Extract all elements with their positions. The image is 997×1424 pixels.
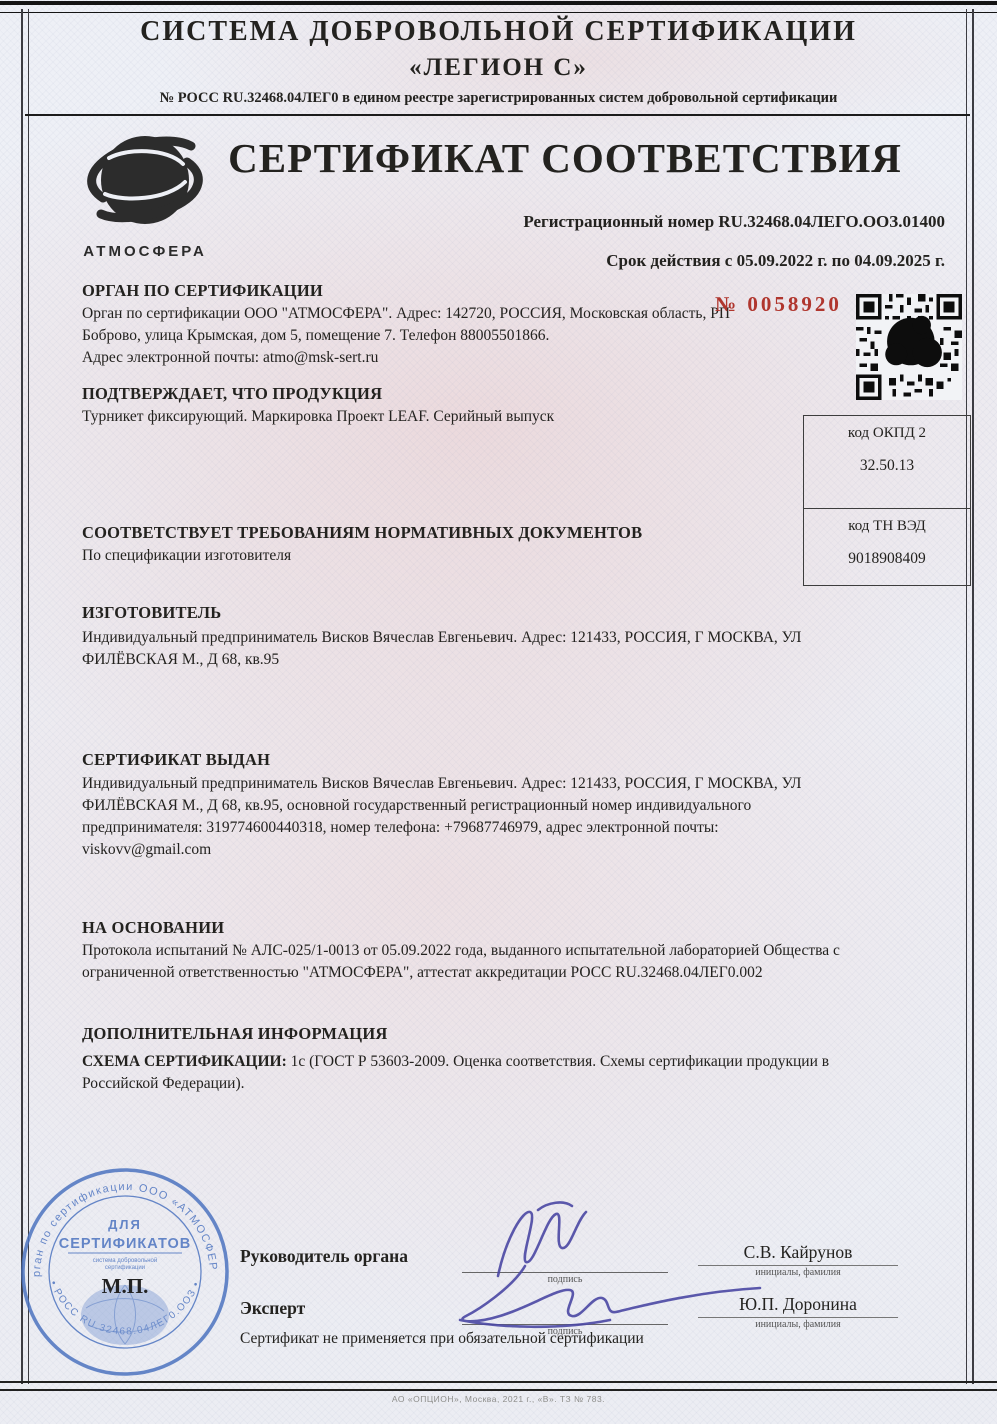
compliance-heading: СООТВЕТСТВУЕТ ТРЕБОВАНИЯМ НОРМАТИВНЫХ ДО… (82, 523, 802, 543)
additional-info-text: СХЕМА СЕРТИФИКАЦИИ: 1с (ГОСТ Р 53603-200… (82, 1051, 852, 1095)
head-name-cell: С.В. Кайрунов инициалы, фамилия (698, 1242, 898, 1278)
product-text: Турникет фиксирующий. Маркировка Проект … (82, 406, 802, 428)
stamp-line1: ДЛЯ (108, 1217, 142, 1232)
okpd-cell: код ОКПД 2 32.50.13 (804, 416, 970, 508)
system-name: «ЛЕГИОН С» (0, 54, 997, 82)
head-name-caption: инициалы, фамилия (698, 1267, 898, 1278)
basis-text: Протокола испытаний № АЛС-025/1-0013 от … (82, 940, 867, 984)
tnved-label: код ТН ВЭД (804, 509, 970, 535)
frame-top-rule (0, 1, 997, 13)
stamp-line2: СЕРТИФИКАТОВ (59, 1236, 192, 1252)
validity-period: Срок действия с 05.09.2022 г. по 04.09.2… (606, 251, 945, 271)
registry-line: № РОСС RU.32468.04ЛЕГ0 в едином реестре … (0, 90, 997, 107)
issued-to-heading: СЕРТИФИКАТ ВЫДАН (82, 750, 270, 770)
printer-imprint: АО «ОПЦИОН», Москва, 2021 г., «В». ТЗ № … (0, 1394, 997, 1404)
expert-signature-line (462, 1296, 668, 1325)
header-divider (25, 114, 970, 116)
product-heading: ПОДТВЕРЖДАЕТ, ЧТО ПРОДУКЦИЯ (82, 384, 382, 404)
issued-to-text: Индивидуальный предприниматель Висков Вя… (82, 773, 827, 861)
round-stamp: Орган по сертификации ООО «АТМОСФЕРА» • … (16, 1163, 234, 1381)
system-title: СИСТЕМА ДОБРОВОЛЬНОЙ СЕРТИФИКАЦИИ (0, 16, 997, 48)
tnved-cell: код ТН ВЭД 9018908409 (804, 508, 970, 585)
not-for-mandatory-note: Сертификат не применяется при обязательн… (240, 1330, 644, 1348)
manufacturer-text: Индивидуальный предприниматель Висков Вя… (82, 627, 817, 671)
certification-scheme-label: СХЕМА СЕРТИФИКАЦИИ: (82, 1053, 287, 1070)
codes-panel: код ОКПД 2 32.50.13 код ТН ВЭД 901890840… (803, 415, 971, 586)
certification-body-email: Адрес электронной почты: atmo@msk-sert.r… (82, 347, 730, 369)
stamp-mp-label: М.П. (102, 1274, 149, 1298)
certification-body-text: Орган по сертификации ООО "АТМОСФЕРА". А… (82, 303, 730, 347)
head-signature-line (462, 1244, 668, 1273)
frame-right-rule (966, 9, 974, 1384)
certification-body-heading: ОРГАН ПО СЕРТИФИКАЦИИ (82, 281, 323, 301)
blank-number: № 0058920 (715, 292, 842, 317)
expert-role-label: Эксперт (240, 1298, 305, 1319)
logo-brand-text: АТМОСФЕРА (70, 243, 220, 260)
certificate-page: СИСТЕМА ДОБРОВОЛЬНОЙ СЕРТИФИКАЦИИ «ЛЕГИО… (0, 0, 997, 1424)
tnved-value: 9018908409 (804, 550, 970, 568)
globe-swirl-icon (75, 124, 215, 236)
head-role-label: Руководитель органа (240, 1246, 408, 1267)
frame-bottom-rule (0, 1381, 997, 1391)
additional-info-heading: ДОПОЛНИТЕЛЬНАЯ ИНФОРМАЦИЯ (82, 1024, 388, 1044)
expert-name: Ю.П. Доронина (698, 1294, 898, 1318)
head-signature-caption: подпись (462, 1274, 668, 1285)
okpd-value: 32.50.13 (804, 457, 970, 475)
expert-name-caption: инициалы, фамилия (698, 1319, 898, 1330)
head-name: С.В. Кайрунов (698, 1242, 898, 1266)
atmosfera-logo: АТМОСФЕРА (70, 124, 220, 260)
certificate-title: СЕРТИФИКАТ СООТВЕТСТВИЯ (210, 134, 920, 182)
stamp-subtext-1: система добровольной (93, 1257, 157, 1264)
expert-name-cell: Ю.П. Доронина инициалы, фамилия (698, 1294, 898, 1330)
stamp-subtext-2: сертификации (105, 1265, 145, 1271)
qr-code (856, 294, 962, 400)
basis-heading: НА ОСНОВАНИИ (82, 918, 224, 938)
manufacturer-heading: ИЗГОТОВИТЕЛЬ (82, 603, 221, 623)
compliance-text: По спецификации изготовителя (82, 545, 802, 567)
registration-number: Регистрационный номер RU.32468.04ЛЕГО.ОО… (523, 212, 945, 232)
okpd-label: код ОКПД 2 (804, 416, 970, 442)
